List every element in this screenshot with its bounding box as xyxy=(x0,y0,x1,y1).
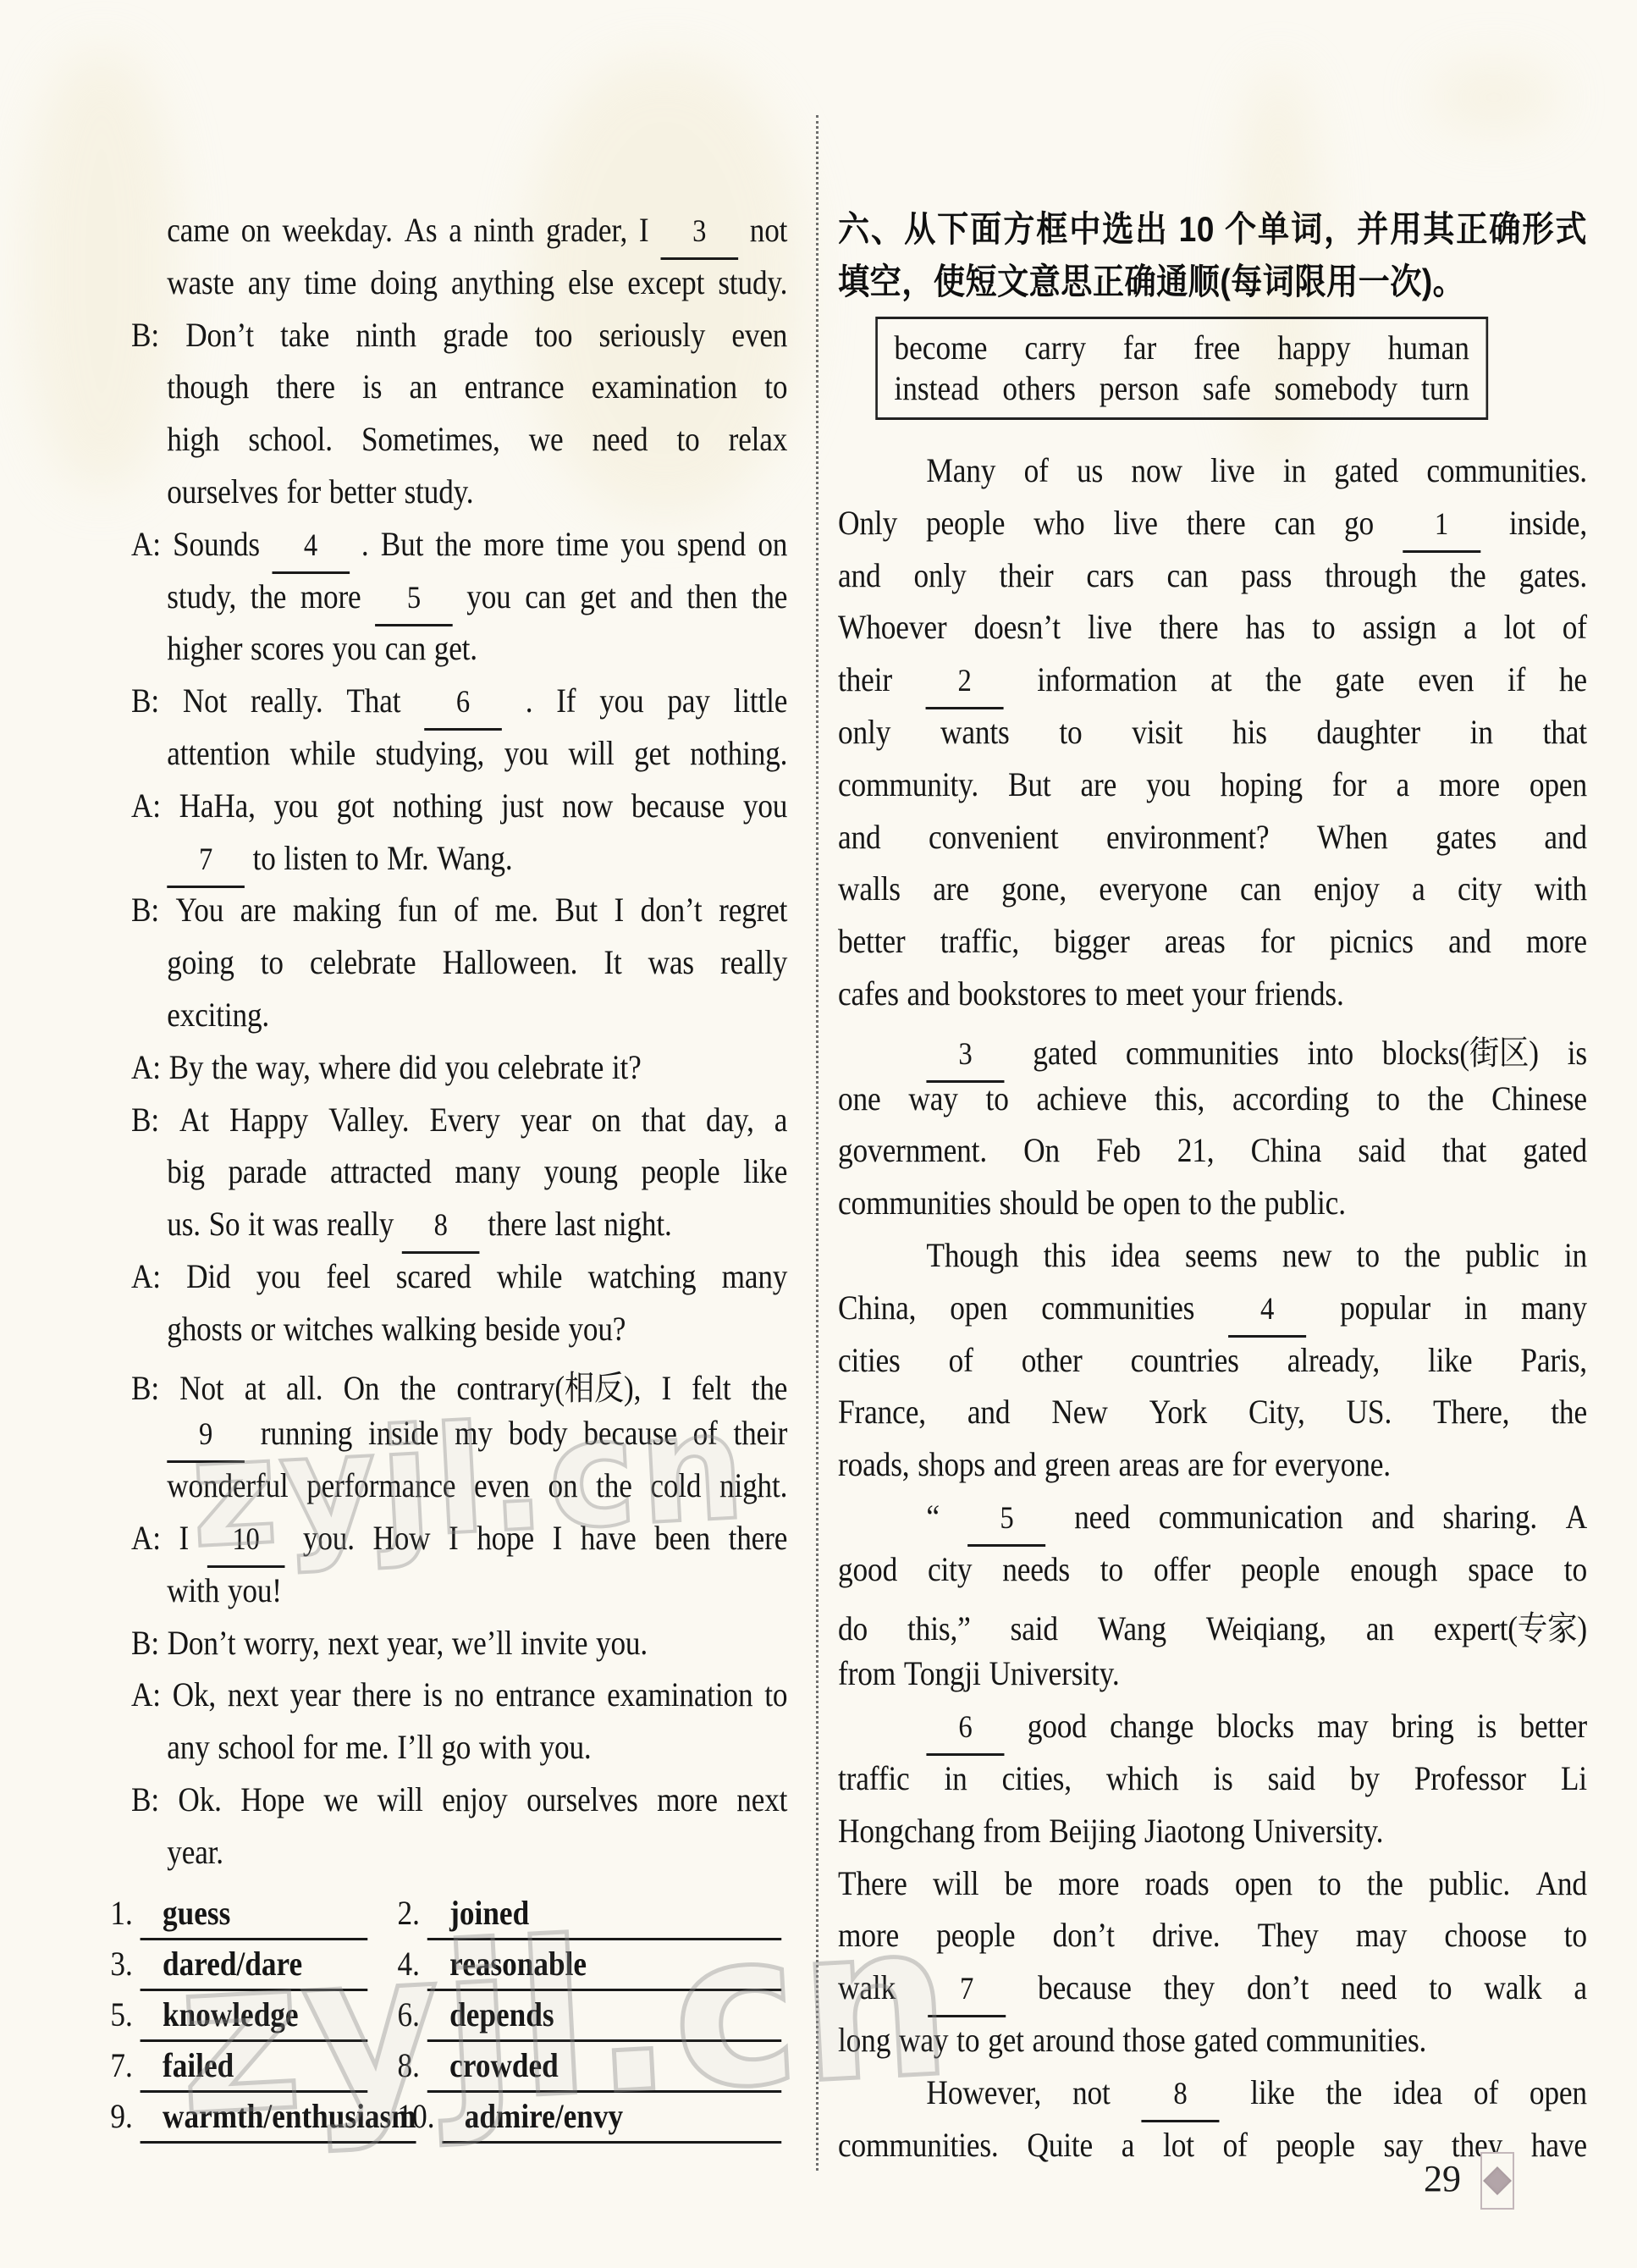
speaker-label: A: xyxy=(131,1047,161,1087)
answer-blank: 2 xyxy=(926,663,1004,709)
passage-line: government.OnFeb21,Chinasaidthatgated xyxy=(838,1120,1587,1173)
passage-line: communitiesshouldbeopentothepublic. xyxy=(838,1173,1587,1225)
dialogue-line: B:AtHappyValley.Everyyearonthatday,a xyxy=(131,1090,787,1142)
blank-number: 10 xyxy=(232,1521,259,1558)
passage-line: Whoeverdoesn’tlivetherehastoassignalotof xyxy=(838,597,1587,649)
answer-blank: 4 xyxy=(272,527,350,574)
speaker-label: A: xyxy=(131,524,161,564)
dialogue-line: A:Didyoufeelscaredwhilewatchingmany xyxy=(131,1246,787,1299)
answer-word: knowledge xyxy=(141,1995,368,2042)
passage-line: longwaytogetaroundthosegatedcommunities. xyxy=(838,2010,1587,2062)
word-box-item: safe xyxy=(1203,368,1251,409)
passage-line: France,andNewYorkCity,US.There,the xyxy=(838,1382,1587,1434)
answer-item: 10.admire/envy xyxy=(398,2096,782,2142)
answer-number: 9. xyxy=(110,2096,140,2136)
speaker-label: B: xyxy=(131,1100,159,1140)
diamond-icon xyxy=(1483,2166,1512,2195)
answer-item: 6.depends xyxy=(398,1995,782,2040)
passage-line: 6goodchangeblocksmaybringisbetter xyxy=(838,1696,1587,1748)
answer-number: 3. xyxy=(110,1944,140,1984)
speaker-label: A: xyxy=(131,1256,161,1296)
answer-blank: 5 xyxy=(968,1500,1046,1547)
answer-item: 1.guess xyxy=(110,1893,367,1939)
dialogue-line: highschool.Sometimes,weneedtorelax xyxy=(131,409,787,461)
passage-line: “5needcommunicationandsharing.A xyxy=(838,1487,1587,1539)
answer-blank: 6 xyxy=(926,1709,1004,1756)
answer-word: failed xyxy=(141,2045,368,2093)
dialogue-line: year. xyxy=(131,1822,787,1874)
dialogue-line: A:Ok,nextyearthereisnoentranceexaminatio… xyxy=(131,1664,787,1717)
blank-number: 4 xyxy=(1260,1291,1274,1327)
word-box-row: becomecarryfarfreehappyhuman xyxy=(894,328,1469,368)
blank-number: 3 xyxy=(692,213,706,250)
speaker-label: B: xyxy=(131,890,159,930)
passage-line: roads,shopsandgreenareasareforeveryone. xyxy=(838,1434,1587,1487)
word-box-row: insteadotherspersonsafesomebodyturn xyxy=(894,368,1469,409)
dialogue-column: cameonweekday.Asaninthgrader,I3notwastea… xyxy=(131,200,787,2142)
dialogue-line: us.Soitwasreally8therelastnight. xyxy=(131,1194,787,1246)
dialogue-line: A:HaHa,yougotnothingjustnowbecauseyou xyxy=(131,775,787,828)
dialogue-line: B:Don’ttakeninthgradetooseriouslyeven xyxy=(131,305,787,357)
passage-line: walk7becausetheydon’tneedtowalka xyxy=(838,1957,1587,2010)
answer-blank: 3 xyxy=(926,1036,1004,1083)
dialogue-line: cameonweekday.Asaninthgrader,I3not xyxy=(131,200,787,252)
answer-blank: 3 xyxy=(660,213,738,260)
passage-line: citiesofothercountriesalready,likeParis, xyxy=(838,1330,1587,1382)
answer-word: guess xyxy=(141,1893,368,1940)
dialogue-line: wasteanytimedoinganythingelseexceptstudy… xyxy=(131,252,787,305)
dialogue-line: A:Bytheway,wheredidyoucelebrateit? xyxy=(131,1037,787,1090)
passage-line: cafesandbookstorestomeetyourfriends. xyxy=(838,963,1587,1016)
speaker-label: B: xyxy=(131,1780,159,1819)
dialogue-line: B:Don’tworry,nextyear,we’llinviteyou. xyxy=(131,1613,787,1665)
blank-number: 7 xyxy=(199,842,212,878)
word-box-item: instead xyxy=(894,368,978,409)
exercise-column: 六、从下面方框中选出 10 个单词，并用其正确形式 填空，使短文意思正确通顺(每… xyxy=(838,203,1587,2166)
blank-number: 9 xyxy=(199,1416,212,1453)
dialogue-line: withyou! xyxy=(131,1560,787,1613)
passage-line: morepeopledon’tdrive.Theymaychooseto xyxy=(838,1905,1587,1957)
speaker-label: A: xyxy=(131,1518,161,1558)
speaker-label: B: xyxy=(131,1623,159,1663)
dialogue-line: B:Ok.Hopewewillenjoyourselvesmorenext xyxy=(131,1769,787,1822)
answer-blank: 5 xyxy=(375,580,453,626)
dialogue-line: A:I10you.HowIhopeIhavebeenthere xyxy=(131,1508,787,1560)
speaker-label: B: xyxy=(131,315,159,355)
passage-line: their2informationatthegateevenifhe xyxy=(838,649,1587,702)
answer-item: 5.knowledge xyxy=(110,1995,367,2040)
answer-blank: 6 xyxy=(424,684,502,731)
passage-line: Onlypeoplewholivetherecango1inside, xyxy=(838,493,1587,545)
answer-number: 6. xyxy=(398,1995,427,2034)
word-box-item: happy xyxy=(1277,328,1351,368)
answer-blank: 9 xyxy=(167,1416,245,1463)
passage-line: 3gatedcommunitiesintoblocks(街区)is xyxy=(838,1016,1587,1068)
passage-line: Manyofusnowliveingatedcommunities. xyxy=(838,440,1587,493)
answer-number: 10. xyxy=(398,2096,443,2136)
answer-number: 2. xyxy=(398,1893,427,1933)
dialogue-line: B:Notreally.That6.Ifyoupaylittle xyxy=(131,670,787,723)
blank-number: 6 xyxy=(958,1709,972,1746)
answer-word: warmth/enthusiasm xyxy=(141,2096,416,2144)
answer-number: 5. xyxy=(110,1995,140,2034)
word-box-item: person xyxy=(1100,368,1179,409)
passage-line: fromTongjiUniversity. xyxy=(838,1643,1587,1696)
blank-number: 6 xyxy=(456,684,470,720)
blank-number: 7 xyxy=(960,1971,973,2007)
blank-number: 3 xyxy=(958,1036,972,1073)
answer-item: 7.failed xyxy=(110,2045,367,2091)
passage-line: Thoughthisideaseemsnewtothepublicin xyxy=(838,1225,1587,1277)
answer-list: 1.guess2.joined3.dared/dare4.reasonable5… xyxy=(110,1888,781,2142)
passage-line: wallsaregone,everyonecanenjoyacitywith xyxy=(838,858,1587,911)
dialogue-line: 9runninginsidemybodybecauseoftheir xyxy=(131,1403,787,1455)
dialogue-line: ourselvesforbetterstudy. xyxy=(131,461,787,514)
passage-line: dothis,”saidWangWeiqiang,anexpert(专家) xyxy=(838,1592,1587,1644)
answer-word: dared/dare xyxy=(141,1944,368,1991)
column-divider xyxy=(816,115,818,2171)
passage-lines: Manyofusnowliveingatedcommunities.Onlype… xyxy=(838,440,1587,2166)
word-box-item: others xyxy=(1002,368,1076,409)
answer-blank: 4 xyxy=(1228,1291,1306,1338)
dialogue-line: B:Youaremakingfunofme.ButIdon’tregret xyxy=(131,880,787,932)
word-box-item: free xyxy=(1193,328,1240,368)
dialogue-line: attentionwhilestudying,youwillgetnothing… xyxy=(131,723,787,775)
answer-number: 7. xyxy=(110,2045,140,2085)
word-box-item: turn xyxy=(1421,368,1469,409)
answer-item: 4.reasonable xyxy=(398,1944,782,1989)
scan-bleed-ghost xyxy=(1430,63,1557,131)
passage-line: onlywantstovisithisdaughterinthat xyxy=(838,702,1587,754)
dialogue-line: higherscoresyoucanget. xyxy=(131,618,787,670)
word-box-item: human xyxy=(1388,328,1469,368)
passage-line: communities.Quitealotofpeoplesaytheyhave xyxy=(838,2115,1587,2167)
answer-row: 7.failed8.crowded xyxy=(110,2040,781,2091)
answer-blank: 7 xyxy=(928,1971,1006,2017)
answer-word: reasonable xyxy=(427,1944,781,1991)
passage-line: However,not8liketheideaofopen xyxy=(838,2062,1587,2115)
dialogue-line: goingtocelebrateHalloween.Itwasreally xyxy=(131,932,787,985)
word-box-item: far xyxy=(1123,328,1156,368)
dialogue-line: 7tolistentoMr.Wang. xyxy=(131,828,787,880)
answer-row: 5.knowledge6.depends xyxy=(110,1989,781,2040)
passage-line: China,opencommunities4popularinmany xyxy=(838,1277,1587,1330)
dialogue-line: ghostsorwitcheswalkingbesideyou? xyxy=(131,1299,787,1351)
passage-line: Therewillbemoreroadsopentothepublic.And xyxy=(838,1853,1587,1906)
blank-number: 1 xyxy=(1435,506,1448,543)
answer-word: depends xyxy=(427,1995,781,2042)
passage-line: community.Butareyouhopingforamoreopen xyxy=(838,754,1587,807)
blank-number: 8 xyxy=(1173,2076,1187,2112)
dialogue-lines: cameonweekday.Asaninthgrader,I3notwastea… xyxy=(131,200,787,1874)
answer-item: 9.warmth/enthusiasm xyxy=(110,2096,367,2142)
answer-item: 8.crowded xyxy=(398,2045,782,2091)
answer-blank: 8 xyxy=(402,1207,480,1254)
word-box-item: become xyxy=(894,328,987,368)
dialogue-line: anyschoolforme.I’llgowithyou. xyxy=(131,1717,787,1769)
answer-word: admire/envy xyxy=(442,2096,781,2144)
word-box: becomecarryfarfreehappyhumaninsteadother… xyxy=(875,317,1488,420)
section-heading-line-1: 六、从下面方框中选出 10 个单词，并用其正确形式 xyxy=(838,203,1587,256)
answer-number: 8. xyxy=(398,2045,427,2085)
passage-line: andonlytheircarscanpassthroughthegates. xyxy=(838,545,1587,598)
answer-blank: 10 xyxy=(207,1521,285,1568)
dialogue-line: A:Sounds4.Butthemoretimeyouspendon xyxy=(131,514,787,566)
dialogue-line: study,themore5youcangetandthenthe xyxy=(131,566,787,619)
answer-number: 1. xyxy=(110,1893,140,1933)
section-heading: 六、从下面方框中选出 10 个单词，并用其正确形式 填空，使短文意思正确通顺(每… xyxy=(838,203,1587,308)
workbook-page: cameonweekday.Asaninthgrader,I3notwastea… xyxy=(0,0,1637,2268)
speaker-label: A: xyxy=(131,1675,161,1714)
dialogue-line: B:Notatall.Onthecontrary(相反),Ifeltthe xyxy=(131,1351,787,1404)
answer-row: 9.warmth/enthusiasm10.admire/envy xyxy=(110,2091,781,2142)
dialogue-line: exciting. xyxy=(131,985,787,1037)
passage-line: goodcityneedstoofferpeopleenoughspaceto xyxy=(838,1539,1587,1592)
answer-blank: 1 xyxy=(1403,506,1480,553)
answer-word: crowded xyxy=(427,2045,781,2093)
answer-row: 3.dared/dare4.reasonable xyxy=(110,1939,781,1989)
speaker-label: B: xyxy=(131,1368,159,1408)
passage-line: HongchangfromBeijingJiaotongUniversity. xyxy=(838,1801,1587,1853)
blank-number: 2 xyxy=(958,663,972,699)
dialogue-line: wonderfulperformanceevenonthecoldnight. xyxy=(131,1455,787,1508)
blank-number: 4 xyxy=(304,527,317,564)
blank-number: 5 xyxy=(407,580,421,616)
page-number: 29 xyxy=(1424,2157,1461,2200)
answer-item: 2.joined xyxy=(398,1893,782,1939)
word-box-item: carry xyxy=(1024,328,1086,368)
answer-item: 3.dared/dare xyxy=(110,1944,367,1989)
passage-line: andconvenientenvironment?Whengatesand xyxy=(838,807,1587,859)
dialogue-line: bigparadeattractedmanyyoungpeoplelike xyxy=(131,1141,787,1194)
passage-line: trafficincities,whichissaidbyProfessorLi xyxy=(838,1748,1587,1801)
speaker-label: A: xyxy=(131,786,161,825)
passage-line: bettertraffic,biggerareasforpicnicsandmo… xyxy=(838,911,1587,963)
dialogue-line: thoughthereisanentranceexaminationto xyxy=(131,356,787,409)
answer-number: 4. xyxy=(398,1944,427,1984)
blank-number: 5 xyxy=(1000,1500,1013,1537)
answer-row: 1.guess2.joined xyxy=(110,1888,781,1939)
answer-blank: 8 xyxy=(1141,2076,1219,2122)
section-heading-line-2: 填空，使短文意思正确通顺(每词限用一次)。 xyxy=(838,256,1587,308)
answer-blank: 7 xyxy=(167,842,245,888)
diamond-ornament xyxy=(1480,2152,1514,2210)
word-box-item: somebody xyxy=(1275,368,1398,409)
speaker-label: B: xyxy=(131,681,159,720)
answer-word: joined xyxy=(427,1893,781,1940)
blank-number: 8 xyxy=(434,1207,448,1244)
